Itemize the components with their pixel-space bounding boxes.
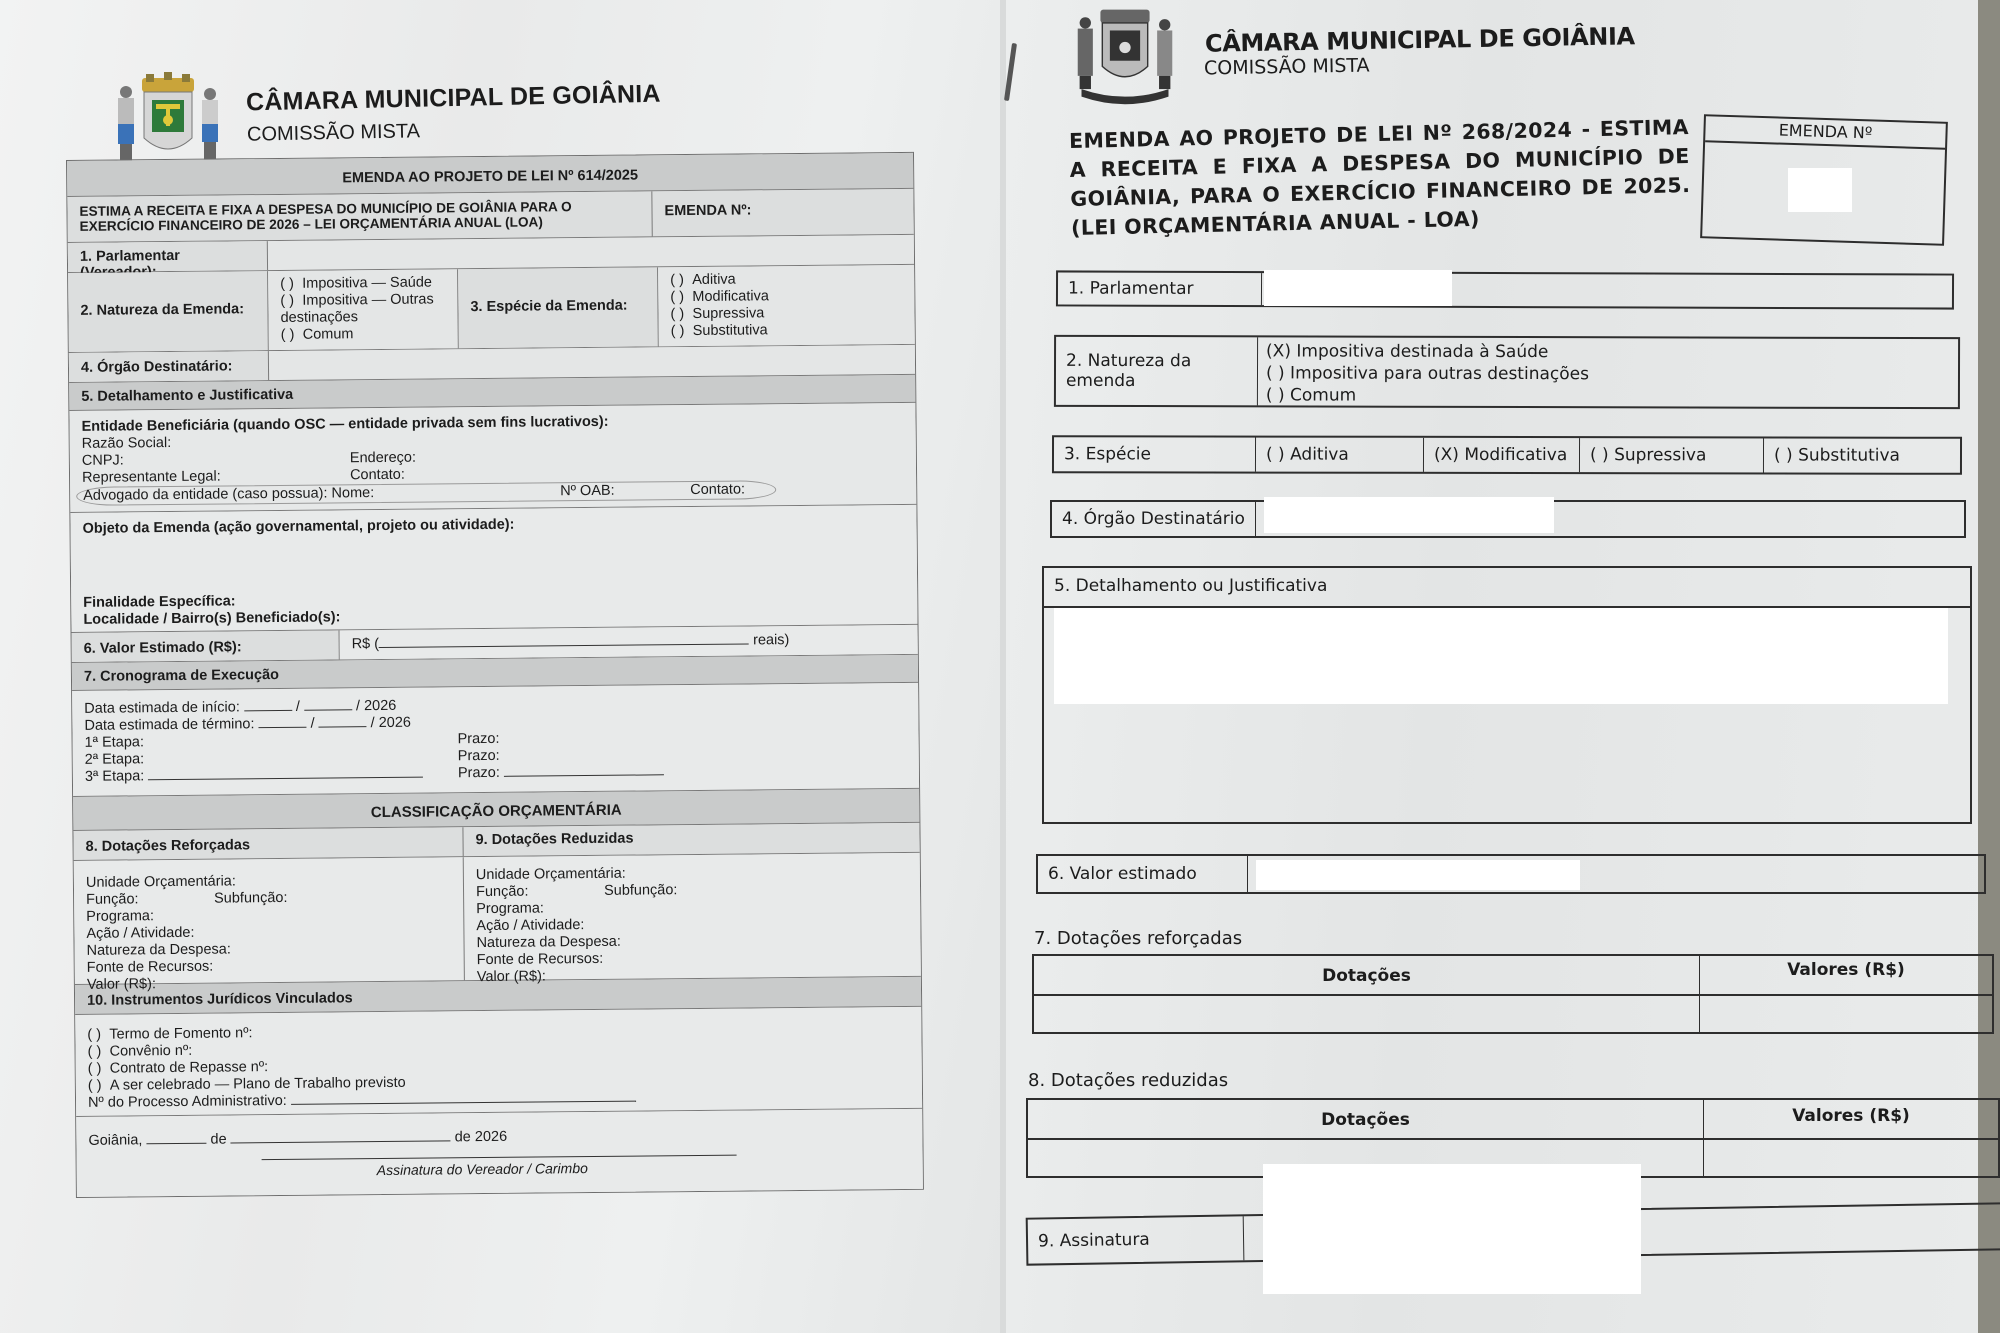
natureza-option-comum[interactable]: ( ) Comum — [1266, 384, 1950, 408]
prazo-3-field[interactable]: Prazo: — [458, 763, 664, 782]
page-divider — [1000, 0, 1006, 1333]
emenda-number-label: EMENDA Nº — [1705, 116, 1946, 150]
especie-option-supressiva[interactable]: ( ) Supressiva — [1580, 438, 1764, 472]
prazo-2-field[interactable]: Prazo: — [458, 748, 500, 765]
finalidade-label: Finalidade Específica: — [83, 593, 235, 611]
checkbox[interactable]: ( ) — [670, 289, 692, 306]
especie-row: 3. Espécie ( ) Aditiva (X) Modificativa … — [1052, 435, 1962, 475]
especie-option-aditiva[interactable]: ( ) Aditiva — [1256, 438, 1424, 472]
checkbox[interactable]: ( ) — [670, 306, 692, 323]
commission-name: COMISSÃO MISTA — [247, 120, 420, 147]
cronograma-section: Data estimada de início: / / 2026 Data e… — [72, 683, 919, 796]
especie-options: ( )Aditiva ( )Modificativa ( )Supressiva… — [658, 265, 915, 346]
emenda-number-field[interactable]: EMENDA Nº: — [652, 189, 913, 237]
prazo-1-field[interactable]: Prazo: — [458, 731, 500, 748]
redacted-detalhamento — [1054, 608, 1948, 704]
reforcadas-heading: 8. Dotações Reforçadas — [73, 827, 463, 860]
entidade-section: Entidade Beneficiária (quando OSC — enti… — [69, 403, 916, 512]
checkbox-checked[interactable]: (X) — [1266, 341, 1291, 361]
redacted-orgao — [1264, 497, 1554, 533]
column-header-valores: Valores (R$) — [1704, 1100, 1998, 1138]
institution-name: CÂMARA MUNICIPAL DE GOIÂNIA — [246, 80, 661, 118]
checkbox[interactable]: ( ) — [670, 272, 692, 289]
valor-field[interactable]: R$ ( reais) — [340, 625, 918, 660]
checkbox[interactable]: ( ) — [671, 323, 693, 340]
column-header-valores: Valores (R$) — [1700, 956, 1992, 994]
especie-label: 3. Espécie — [1054, 437, 1256, 471]
detalhamento-heading: 5. Detalhamento e Justificativa — [69, 381, 305, 410]
column-header-dotacoes: Dotações — [1034, 956, 1700, 994]
redacted-valor — [1256, 860, 1580, 890]
reforcadas-table: Dotações Valores (R$) — [1032, 954, 1994, 1034]
natureza-label: 2. Natureza da emenda — [1056, 337, 1258, 406]
natureza-options: ( )Impositiva — Saúde ( )Impositiva — Ou… — [268, 269, 459, 350]
left-form-sheet: CÂMARA MUNICIPAL DE GOIÂNIA COMISSÃO MIS… — [0, 0, 1000, 1333]
amendment-form-2026: EMENDA AO PROJETO DE LEI Nº 614/2025 EST… — [66, 152, 924, 1198]
localidade-label: Localidade / Bairro(s) Beneficiado(s): — [83, 609, 340, 628]
reforcadas-fields[interactable]: Unidade Orçamentária: Função:Subfunção: … — [74, 857, 465, 984]
natureza-option-comum[interactable]: ( )Comum — [281, 325, 446, 344]
redacted-emenda-number — [1788, 168, 1852, 212]
signature-caption: Assinatura do Vereador / Carimbo — [377, 1160, 588, 1178]
reduzidas-heading: 9. Dotações Reduzidas — [463, 823, 919, 856]
orgao-label: 4. Órgão Destinatário — [1052, 502, 1256, 536]
especie-option-substitutiva[interactable]: ( )Substitutiva — [671, 321, 903, 340]
checkbox[interactable]: ( ) — [281, 327, 303, 344]
reduzidas-fields[interactable]: Unidade Orçamentária: Função:Subfunção: … — [464, 853, 921, 980]
redacted-assinatura — [1263, 1164, 1641, 1294]
checkbox[interactable]: ( ) — [87, 1044, 109, 1061]
signature-line[interactable] — [262, 1155, 737, 1161]
parlamentar-label: 1. Parlamentar (Vereador): — [68, 241, 268, 272]
instrumentos-section: ( )Termo de Fomento nº: ( )Convênio nº: … — [75, 1007, 922, 1116]
objeto-section[interactable]: Objeto da Emenda (ação governamental, pr… — [70, 505, 917, 632]
valor-label: 6. Valor Estimado (R$): — [72, 630, 340, 662]
assinatura-label: 9. Assinatura — [1028, 1216, 1245, 1263]
parlamentar-label: 1. Parlamentar — [1058, 272, 1262, 305]
reduzidas-valor-cell[interactable] — [1704, 1140, 1998, 1176]
especie-option-substitutiva[interactable]: ( ) Substitutiva — [1764, 438, 1960, 472]
cronograma-heading: 7. Cronograma de Execução — [72, 661, 291, 690]
natureza-option-saude[interactable]: (X) Impositiva destinada à Saúde — [1266, 340, 1950, 364]
oab-field[interactable]: Nº OAB: — [560, 483, 615, 501]
especie-label: 3. Espécie da Emenda: — [458, 267, 659, 348]
checkbox[interactable]: ( ) — [280, 293, 302, 310]
checkbox[interactable]: ( ) — [1266, 363, 1285, 383]
orgao-label: 4. Órgão Destinatário: — [69, 351, 269, 382]
detalhamento-label: 5. Detalhamento ou Justificativa — [1044, 568, 1970, 608]
signature-section: Goiânia, de de 2026 Assinatura do Veread… — [76, 1109, 923, 1197]
checkbox[interactable]: ( ) — [88, 1078, 110, 1095]
reduzidas-heading: 8. Dotações reduzidas — [1028, 1070, 1228, 1091]
reforcadas-dotacao-cell[interactable] — [1034, 996, 1700, 1032]
natureza-label: 2. Natureza da Emenda: — [68, 271, 269, 352]
form-subtitle: ESTIMA A RECEITA E FIXA A DESPESA DO MUN… — [67, 191, 652, 242]
natureza-option-saude[interactable]: ( )Impositiva — Saúde — [280, 274, 445, 293]
checkbox[interactable]: ( ) — [88, 1061, 110, 1078]
especie-option-modificativa[interactable]: (X) Modificativa — [1424, 438, 1580, 472]
column-header-dotacoes: Dotações — [1028, 1100, 1704, 1138]
checkbox[interactable]: ( ) — [87, 1027, 109, 1044]
form-title: EMENDA AO PROJETO DE LEI Nº 268/2024 - E… — [1069, 113, 1691, 243]
natureza-option-outras[interactable]: ( ) Impositiva para outras destinações — [1266, 362, 1950, 386]
valor-label: 6. Valor estimado — [1038, 856, 1248, 892]
redacted-parlamentar — [1264, 270, 1452, 306]
natureza-options: (X) Impositiva destinada à Saúde ( ) Imp… — [1258, 337, 1958, 407]
parlamentar-row: 1. Parlamentar — [1056, 270, 1954, 309]
reforcadas-heading: 7. Dotações reforçadas — [1034, 928, 1242, 949]
checkbox[interactable]: ( ) — [280, 276, 302, 293]
parlamentar-field[interactable] — [268, 235, 914, 270]
goiania-coat-of-arms-icon — [1060, 4, 1190, 108]
commission-name: COMISSÃO MISTA — [1204, 55, 1370, 80]
contato-field[interactable]: Contato: — [350, 467, 405, 485]
reforcadas-valor-cell[interactable] — [1700, 996, 1992, 1032]
objeto-label: Objeto da Emenda (ação governamental, pr… — [82, 513, 904, 538]
emenda-number-label: EMENDA Nº: — [664, 202, 751, 219]
date-field[interactable]: Goiânia, de de 2026 — [88, 1125, 910, 1149]
endereco-field[interactable]: Endereço: — [350, 450, 416, 468]
checkbox[interactable]: ( ) — [1266, 385, 1285, 405]
natureza-option-outras[interactable]: ( )Impositiva — Outras destinações — [280, 291, 445, 327]
advogado-contato-field[interactable]: Contato: — [690, 481, 745, 499]
orgao-field[interactable] — [269, 345, 915, 380]
natureza-row: 2. Natureza da emenda (X) Impositiva des… — [1054, 335, 1960, 409]
